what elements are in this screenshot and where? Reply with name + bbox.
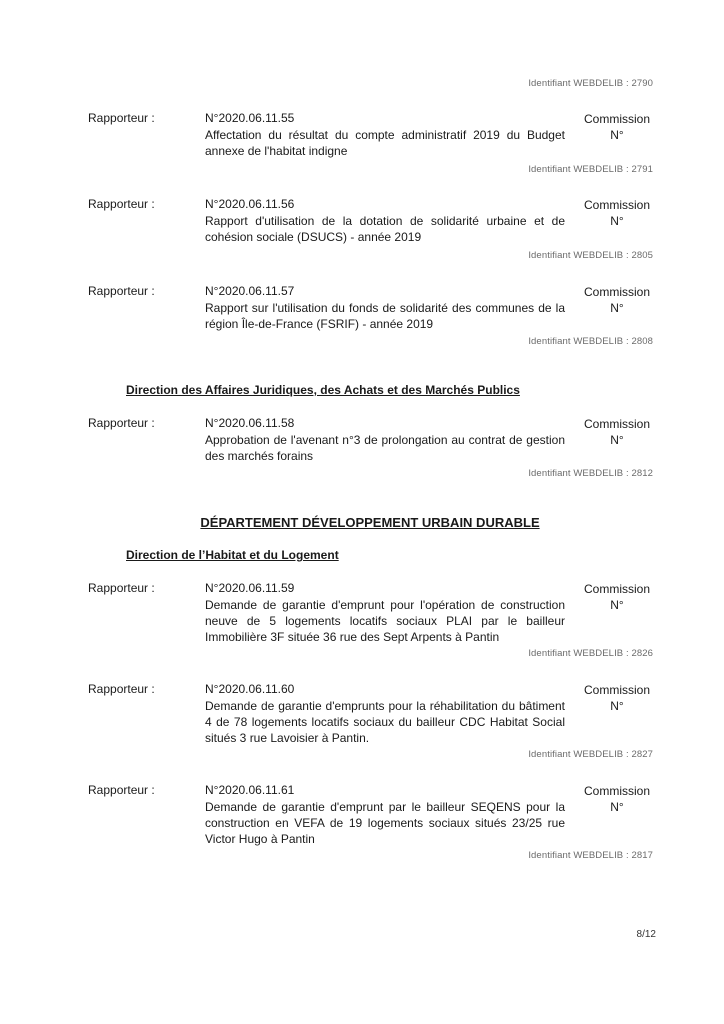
webdelib-identifier: Identifiant WEBDELIB : 2827 (528, 749, 653, 760)
deliberation-description: Rapport sur l'utilisation du fonds de so… (205, 300, 565, 332)
commission-block: Commission N° (582, 581, 652, 613)
deliberation-description: Affectation du résultat du compte admini… (205, 127, 565, 159)
webdelib-identifier: Identifiant WEBDELIB : 2812 (528, 468, 653, 479)
webdelib-identifier: Identifiant WEBDELIB : 2817 (528, 850, 653, 861)
commission-number: N° (582, 698, 652, 714)
rapporteur-label: Rapporteur : (88, 682, 155, 696)
commission-number: N° (582, 213, 652, 229)
direction-heading: Direction des Affaires Juridiques, des A… (126, 383, 520, 397)
rapporteur-label: Rapporteur : (88, 284, 155, 298)
deliberation-number: N°2020.06.11.58 (205, 416, 294, 430)
deliberation-description: Demande de garantie d'emprunts pour la r… (205, 698, 565, 746)
commission-number: N° (582, 597, 652, 613)
deliberation-description: Demande de garantie d'emprunt pour l'opé… (205, 597, 565, 645)
webdelib-identifier: Identifiant WEBDELIB : 2808 (528, 336, 653, 347)
page-number: 8/12 (637, 929, 656, 940)
commission-label: Commission (582, 783, 652, 799)
commission-label: Commission (582, 416, 652, 432)
webdelib-identifier: Identifiant WEBDELIB : 2805 (528, 250, 653, 261)
deliberation-number: N°2020.06.11.61 (205, 783, 294, 797)
deliberation-description: Approbation de l'avenant n°3 de prolonga… (205, 432, 565, 464)
rapporteur-label: Rapporteur : (88, 416, 155, 430)
deliberation-number: N°2020.06.11.60 (205, 682, 294, 696)
commission-label: Commission (582, 581, 652, 597)
commission-label: Commission (582, 284, 652, 300)
deliberation-number: N°2020.06.11.56 (205, 197, 294, 211)
rapporteur-label: Rapporteur : (88, 783, 155, 797)
deliberation-number: N°2020.06.11.55 (205, 111, 294, 125)
commission-label: Commission (582, 197, 652, 213)
commission-label: Commission (582, 682, 652, 698)
deliberation-number: N°2020.06.11.57 (205, 284, 294, 298)
department-heading: DÉPARTEMENT DÉVELOPPEMENT URBAIN DURABLE (0, 515, 724, 530)
commission-block: Commission N° (582, 682, 652, 714)
rapporteur-label: Rapporteur : (88, 197, 155, 211)
deliberation-description: Demande de garantie d'emprunt par le bai… (205, 799, 565, 847)
commission-block: Commission N° (582, 783, 652, 815)
commission-block: Commission N° (582, 197, 652, 229)
deliberation-number: N°2020.06.11.59 (205, 581, 294, 595)
rapporteur-label: Rapporteur : (88, 581, 155, 595)
commission-label: Commission (582, 111, 652, 127)
direction-heading: Direction de l’Habitat et du Logement (126, 548, 339, 562)
rapporteur-label: Rapporteur : (88, 111, 155, 125)
webdelib-identifier: Identifiant WEBDELIB : 2791 (528, 164, 653, 175)
commission-block: Commission N° (582, 284, 652, 316)
deliberation-description: Rapport d'utilisation de la dotation de … (205, 213, 565, 245)
commission-number: N° (582, 127, 652, 143)
commission-block: Commission N° (582, 111, 652, 143)
commission-block: Commission N° (582, 416, 652, 448)
webdelib-identifier: Identifiant WEBDELIB : 2826 (528, 648, 653, 659)
commission-number: N° (582, 799, 652, 815)
webdelib-identifier: Identifiant WEBDELIB : 2790 (528, 78, 653, 89)
commission-number: N° (582, 432, 652, 448)
commission-number: N° (582, 300, 652, 316)
document-page: Identifiant WEBDELIB : 2790 Rapporteur :… (0, 0, 724, 1024)
